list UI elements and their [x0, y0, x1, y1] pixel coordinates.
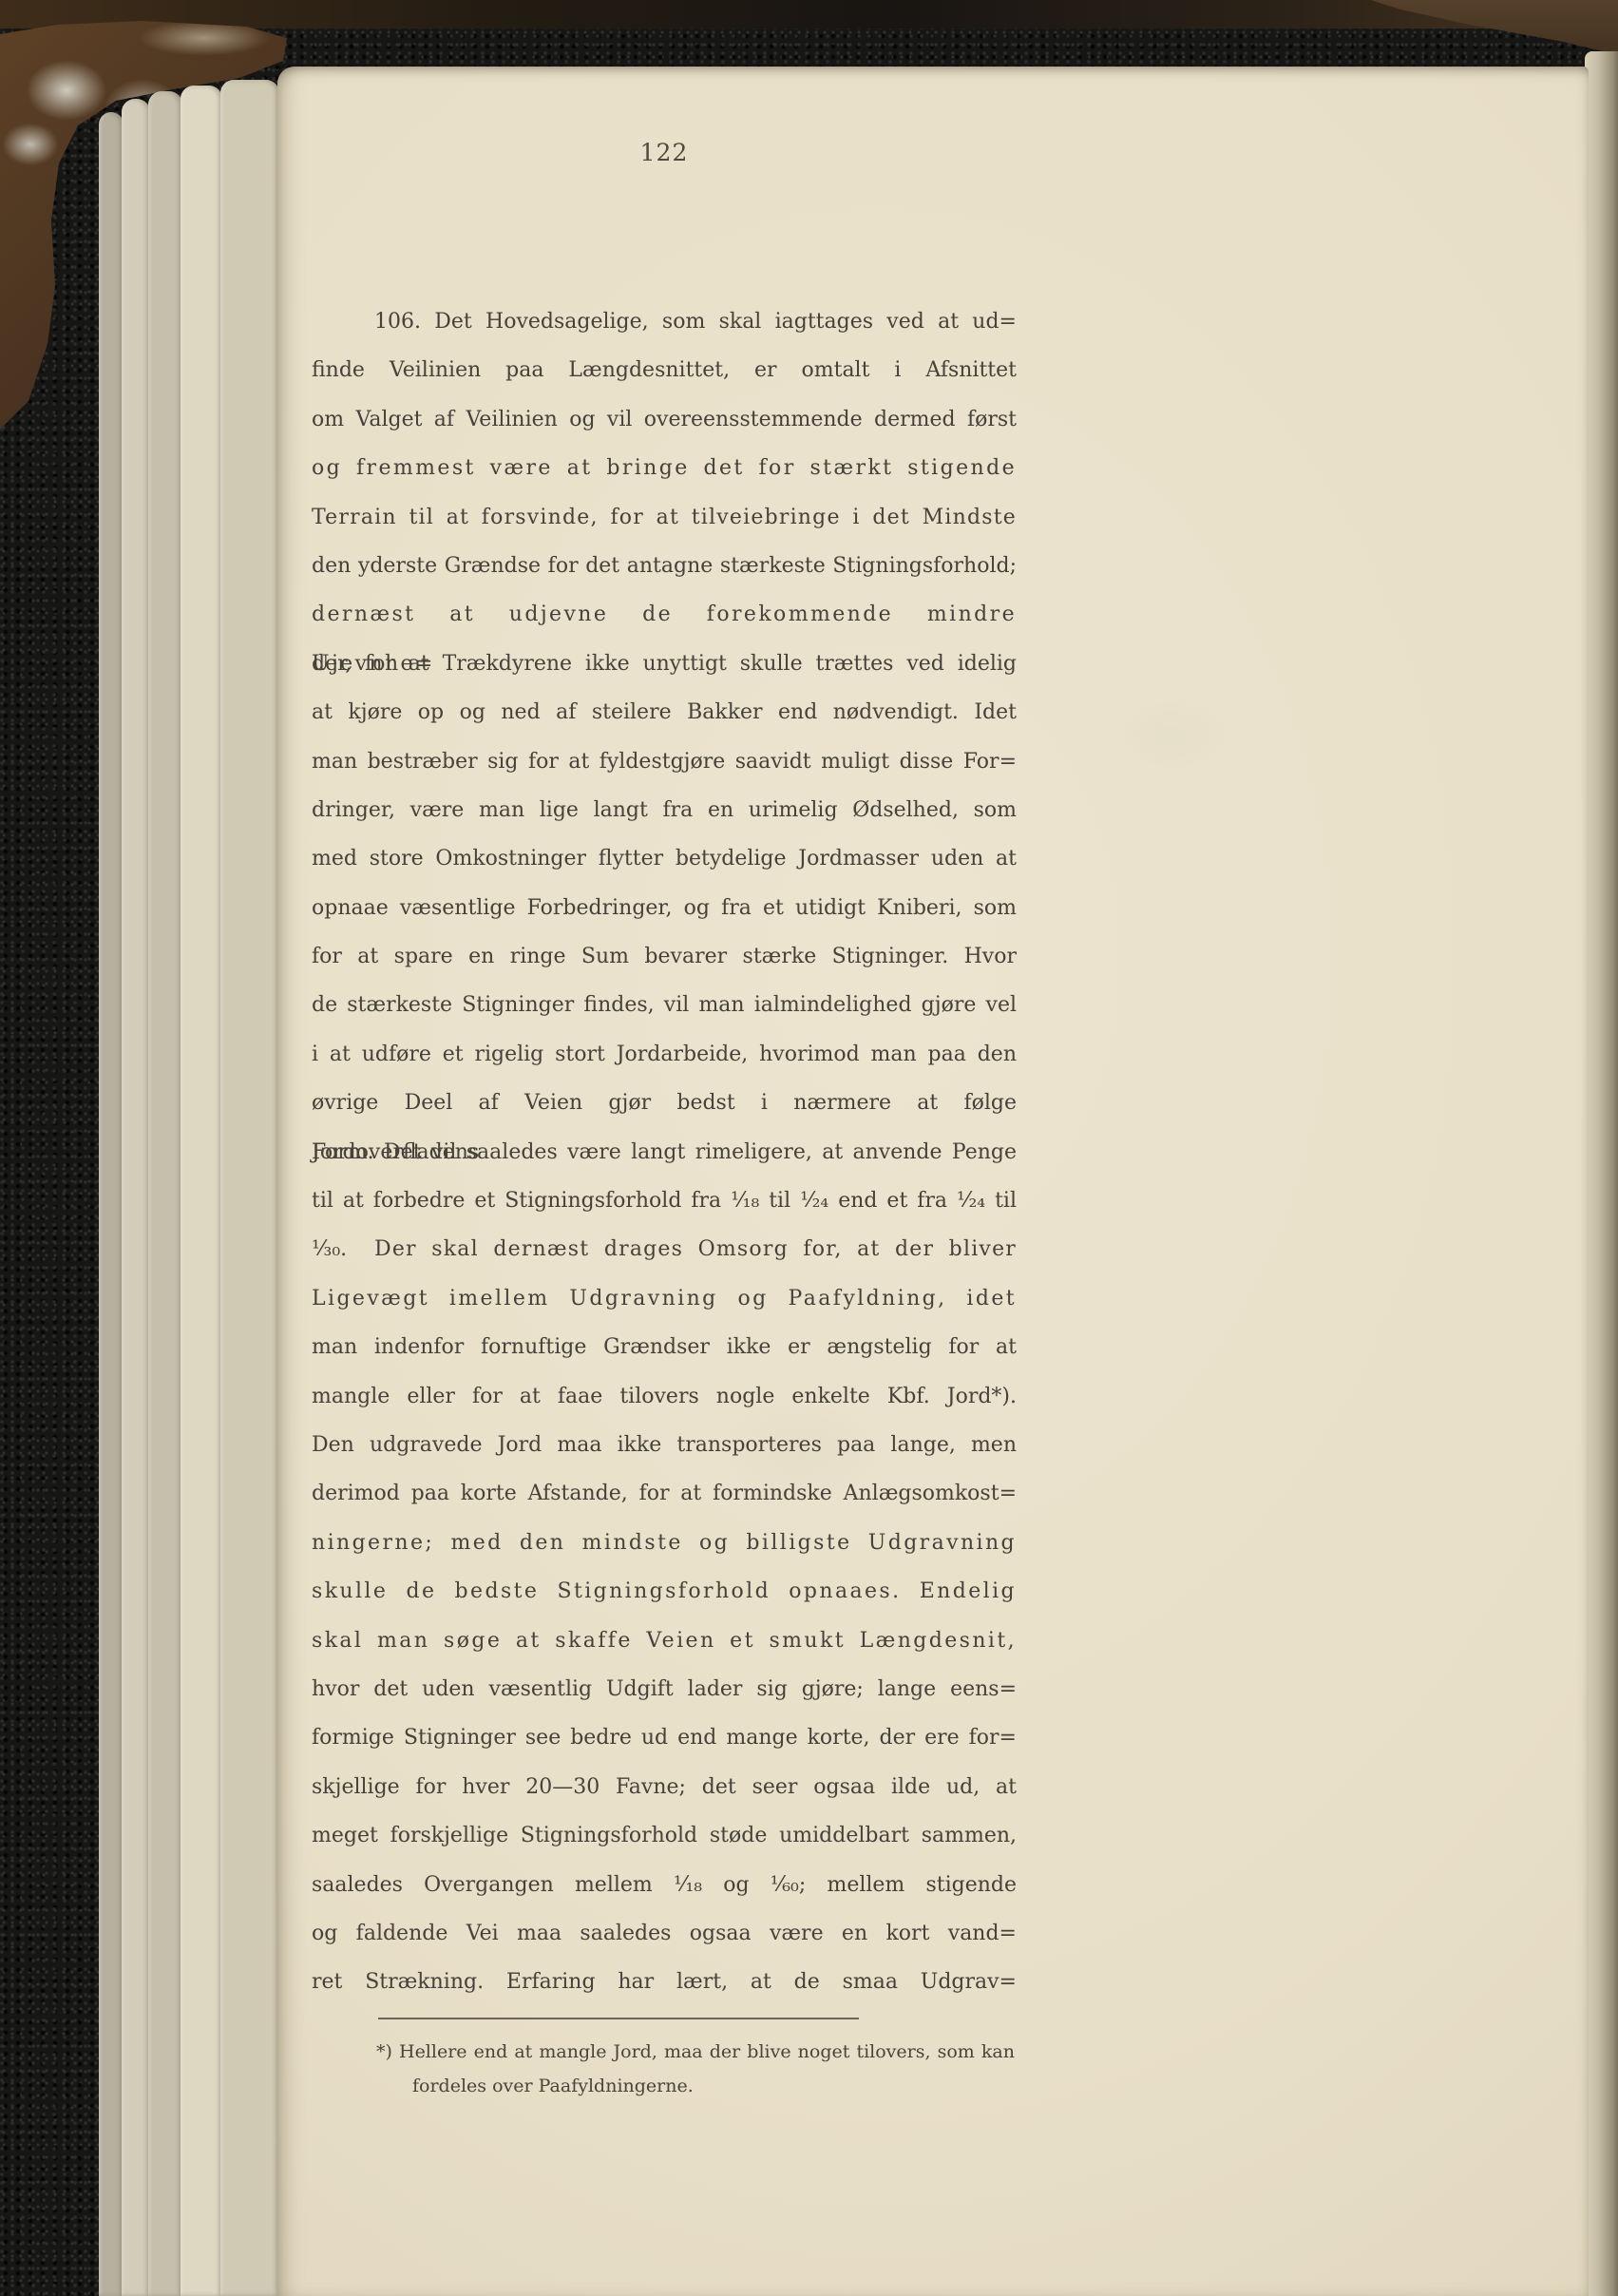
footnote-divider: [378, 2018, 859, 2019]
text-line: 106. Det Hovedsagelige, som skal iagttag…: [312, 297, 1017, 346]
text-line: man indenfor fornuftige Grændser ikke er…: [312, 1323, 1017, 1371]
text-line: ningerne; med den mindste og billigste U…: [312, 1519, 1017, 1567]
text-line: skjellige for hver 20—30 Favne; det seer…: [312, 1763, 1017, 1811]
text-line: for at spare en ringe Sum bevarer stærke…: [312, 932, 1017, 981]
text-line: meget forskjellige Stigningsforhold stød…: [312, 1811, 1017, 1860]
text-line: Der skal dernæst drages Omsorg for, at d…: [312, 1225, 1017, 1273]
text-line: opnaae væsentlige Forbedringer, og fra e…: [312, 884, 1017, 932]
text-line: Form. Det vil saaledes være langt rimeli…: [312, 1128, 1017, 1177]
text-line: om Valget af Veilinien og vil overeensst…: [312, 395, 1017, 444]
page-edge-strip: [220, 80, 279, 2296]
text-line: med store Omkostninger flytter betydelig…: [312, 834, 1017, 883]
text-line: de stærkeste Stigninger findes, vil man …: [312, 981, 1017, 1029]
text-line: der, for at Trækdyrene ikke unyttigt sku…: [312, 640, 1017, 688]
text-line: derimod paa korte Afstande, for at formi…: [312, 1469, 1017, 1518]
page-edge-strip: [122, 99, 150, 2296]
text-line: mangle eller for at faae tilovers nogle …: [312, 1372, 1017, 1421]
text-line: og faldende Vei maa saaledes ogsaa være …: [312, 1909, 1017, 1958]
text-line: til at forbedre et Stigningsforhold fra …: [312, 1177, 1017, 1225]
text-line: man bestræber sig for at fyldestgjøre sa…: [312, 737, 1017, 786]
text-line: øvrige Deel af Veien gjør bedst i nærmer…: [312, 1079, 1017, 1127]
text-line: Ligevægt imellem Udgravning og Paafyldni…: [312, 1274, 1017, 1323]
text-line: skulle de bedste Stigningsforhold opnaae…: [312, 1567, 1017, 1616]
text-line: Terrain til at forsvinde, for at tilveie…: [312, 493, 1017, 542]
footnote-line: *) Hellere end at mangle Jord, maa der b…: [376, 2036, 1015, 2068]
text-line: skal man søge at skaffe Veien et smukt L…: [312, 1617, 1017, 1665]
text-line: og fremmest være at bringe det for stærk…: [312, 444, 1017, 492]
cover-top-band: [0, 0, 1618, 29]
book-scan-scene: 122 106. Det Hovedsagelige, som skal iag…: [0, 0, 1618, 2296]
text-line: at kjøre op og ned af steilere Bakker en…: [312, 688, 1017, 737]
text-line: ret Strækning. Erfaring har lært, at de …: [312, 1958, 1017, 2006]
text-line: i at udføre et rigelig stort Jordarbeide…: [312, 1030, 1017, 1079]
page-number: 122: [312, 139, 1017, 166]
text-line: finde Veilinien paa Længdesnittet, er om…: [312, 346, 1017, 394]
text-line: dernæst at udjevne de forekommende mindr…: [312, 590, 1017, 639]
text-line: den yderste Grændse for det antagne stær…: [312, 542, 1017, 590]
page-edge-strip: [148, 91, 182, 2296]
text-line: hvor det uden væsentlig Udgift lader sig…: [312, 1665, 1017, 1713]
text-line: Den udgravede Jord maa ikke transportere…: [312, 1421, 1017, 1469]
next-page-edge: [1585, 51, 1618, 2296]
book-page: 122 106. Det Hovedsagelige, som skal iag…: [277, 67, 1589, 2296]
text-line: saaledes Overgangen mellem ¹⁄₁₈ og ¹⁄₆₀;…: [312, 1861, 1017, 1909]
text-line: dringer, være man lige langt fra en urim…: [312, 786, 1017, 834]
page-edge-strip: [99, 112, 124, 2296]
text-line: formige Stigninger see bedre ud end mang…: [312, 1713, 1017, 1762]
page-edge-strip: [181, 86, 222, 2296]
footnote-line: fordeles over Paafyldningerne.: [412, 2070, 1020, 2102]
text-block: 106. Det Hovedsagelige, som skal iagttag…: [312, 297, 1017, 2007]
